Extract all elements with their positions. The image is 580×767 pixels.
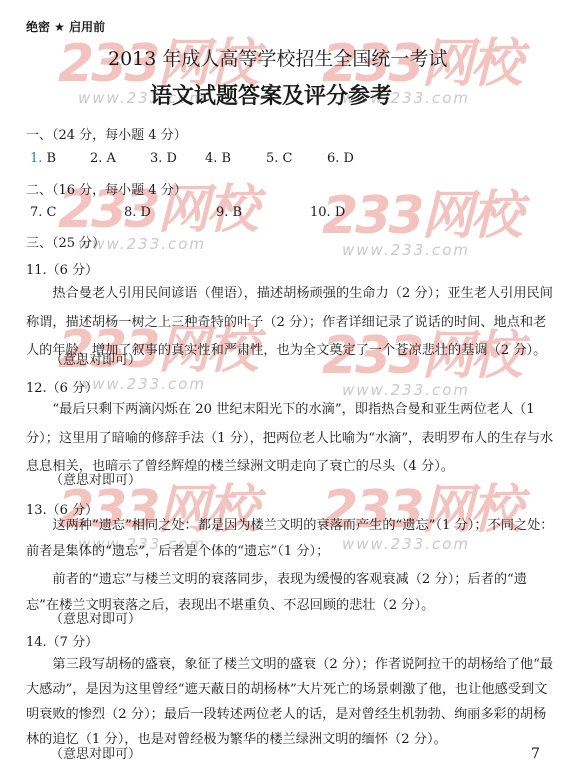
question-13-note: （意思对即可） xyxy=(50,608,141,627)
question-13-answer: 这两种“遗忘”相同之处：都是因为楼兰文明的衰落而产生的“遗忘”（1 分）；不同之… xyxy=(26,513,556,619)
question-14-answer: 第三段写胡杨的盛衰，象征了楼兰文明的盛衰（2 分）；作者说阿拉干的胡杨给了他“最… xyxy=(26,652,556,752)
question-11-note: （意思对即可） xyxy=(50,349,141,368)
question-14-heading: 14.（7 分） xyxy=(26,631,98,650)
section1-heading: 一、（24 分，每小题 4 分） xyxy=(26,124,187,143)
section3-heading: 三、（25 分） xyxy=(26,232,105,251)
answer-item: 10. D xyxy=(310,205,345,220)
exam-title: 2013 年成人高等学校招生全国统一考试 xyxy=(108,44,447,71)
answer-item: 2. A xyxy=(90,151,116,166)
answer-item: 1. B xyxy=(30,151,56,166)
answer-item: 3. D xyxy=(150,151,177,166)
section2-heading: 二、（16 分，每小题 4 分） xyxy=(26,179,187,198)
answer-item: 8. D xyxy=(124,205,151,220)
page-number: 7 xyxy=(531,746,540,762)
question-14-note: （意思对即可） xyxy=(50,743,141,762)
answer-item: 7. C xyxy=(30,205,57,220)
confidential-label: 绝密 ★ 启用前 xyxy=(26,18,105,35)
answer-item: 4. B xyxy=(205,151,231,166)
question-12-heading: 12.（6 分） xyxy=(26,377,98,396)
answer-item: 5. C xyxy=(266,151,293,166)
answer-item: 9. B xyxy=(216,205,242,220)
answer-item: 6. D xyxy=(327,151,354,166)
watermark-logo: 233网校 www.233.com xyxy=(322,190,520,258)
document-title: 语文试题答案及评分参考 xyxy=(150,79,392,110)
question-12-note: （意思对即可） xyxy=(50,469,141,488)
question-11-heading: 11.（6 分） xyxy=(26,259,98,278)
